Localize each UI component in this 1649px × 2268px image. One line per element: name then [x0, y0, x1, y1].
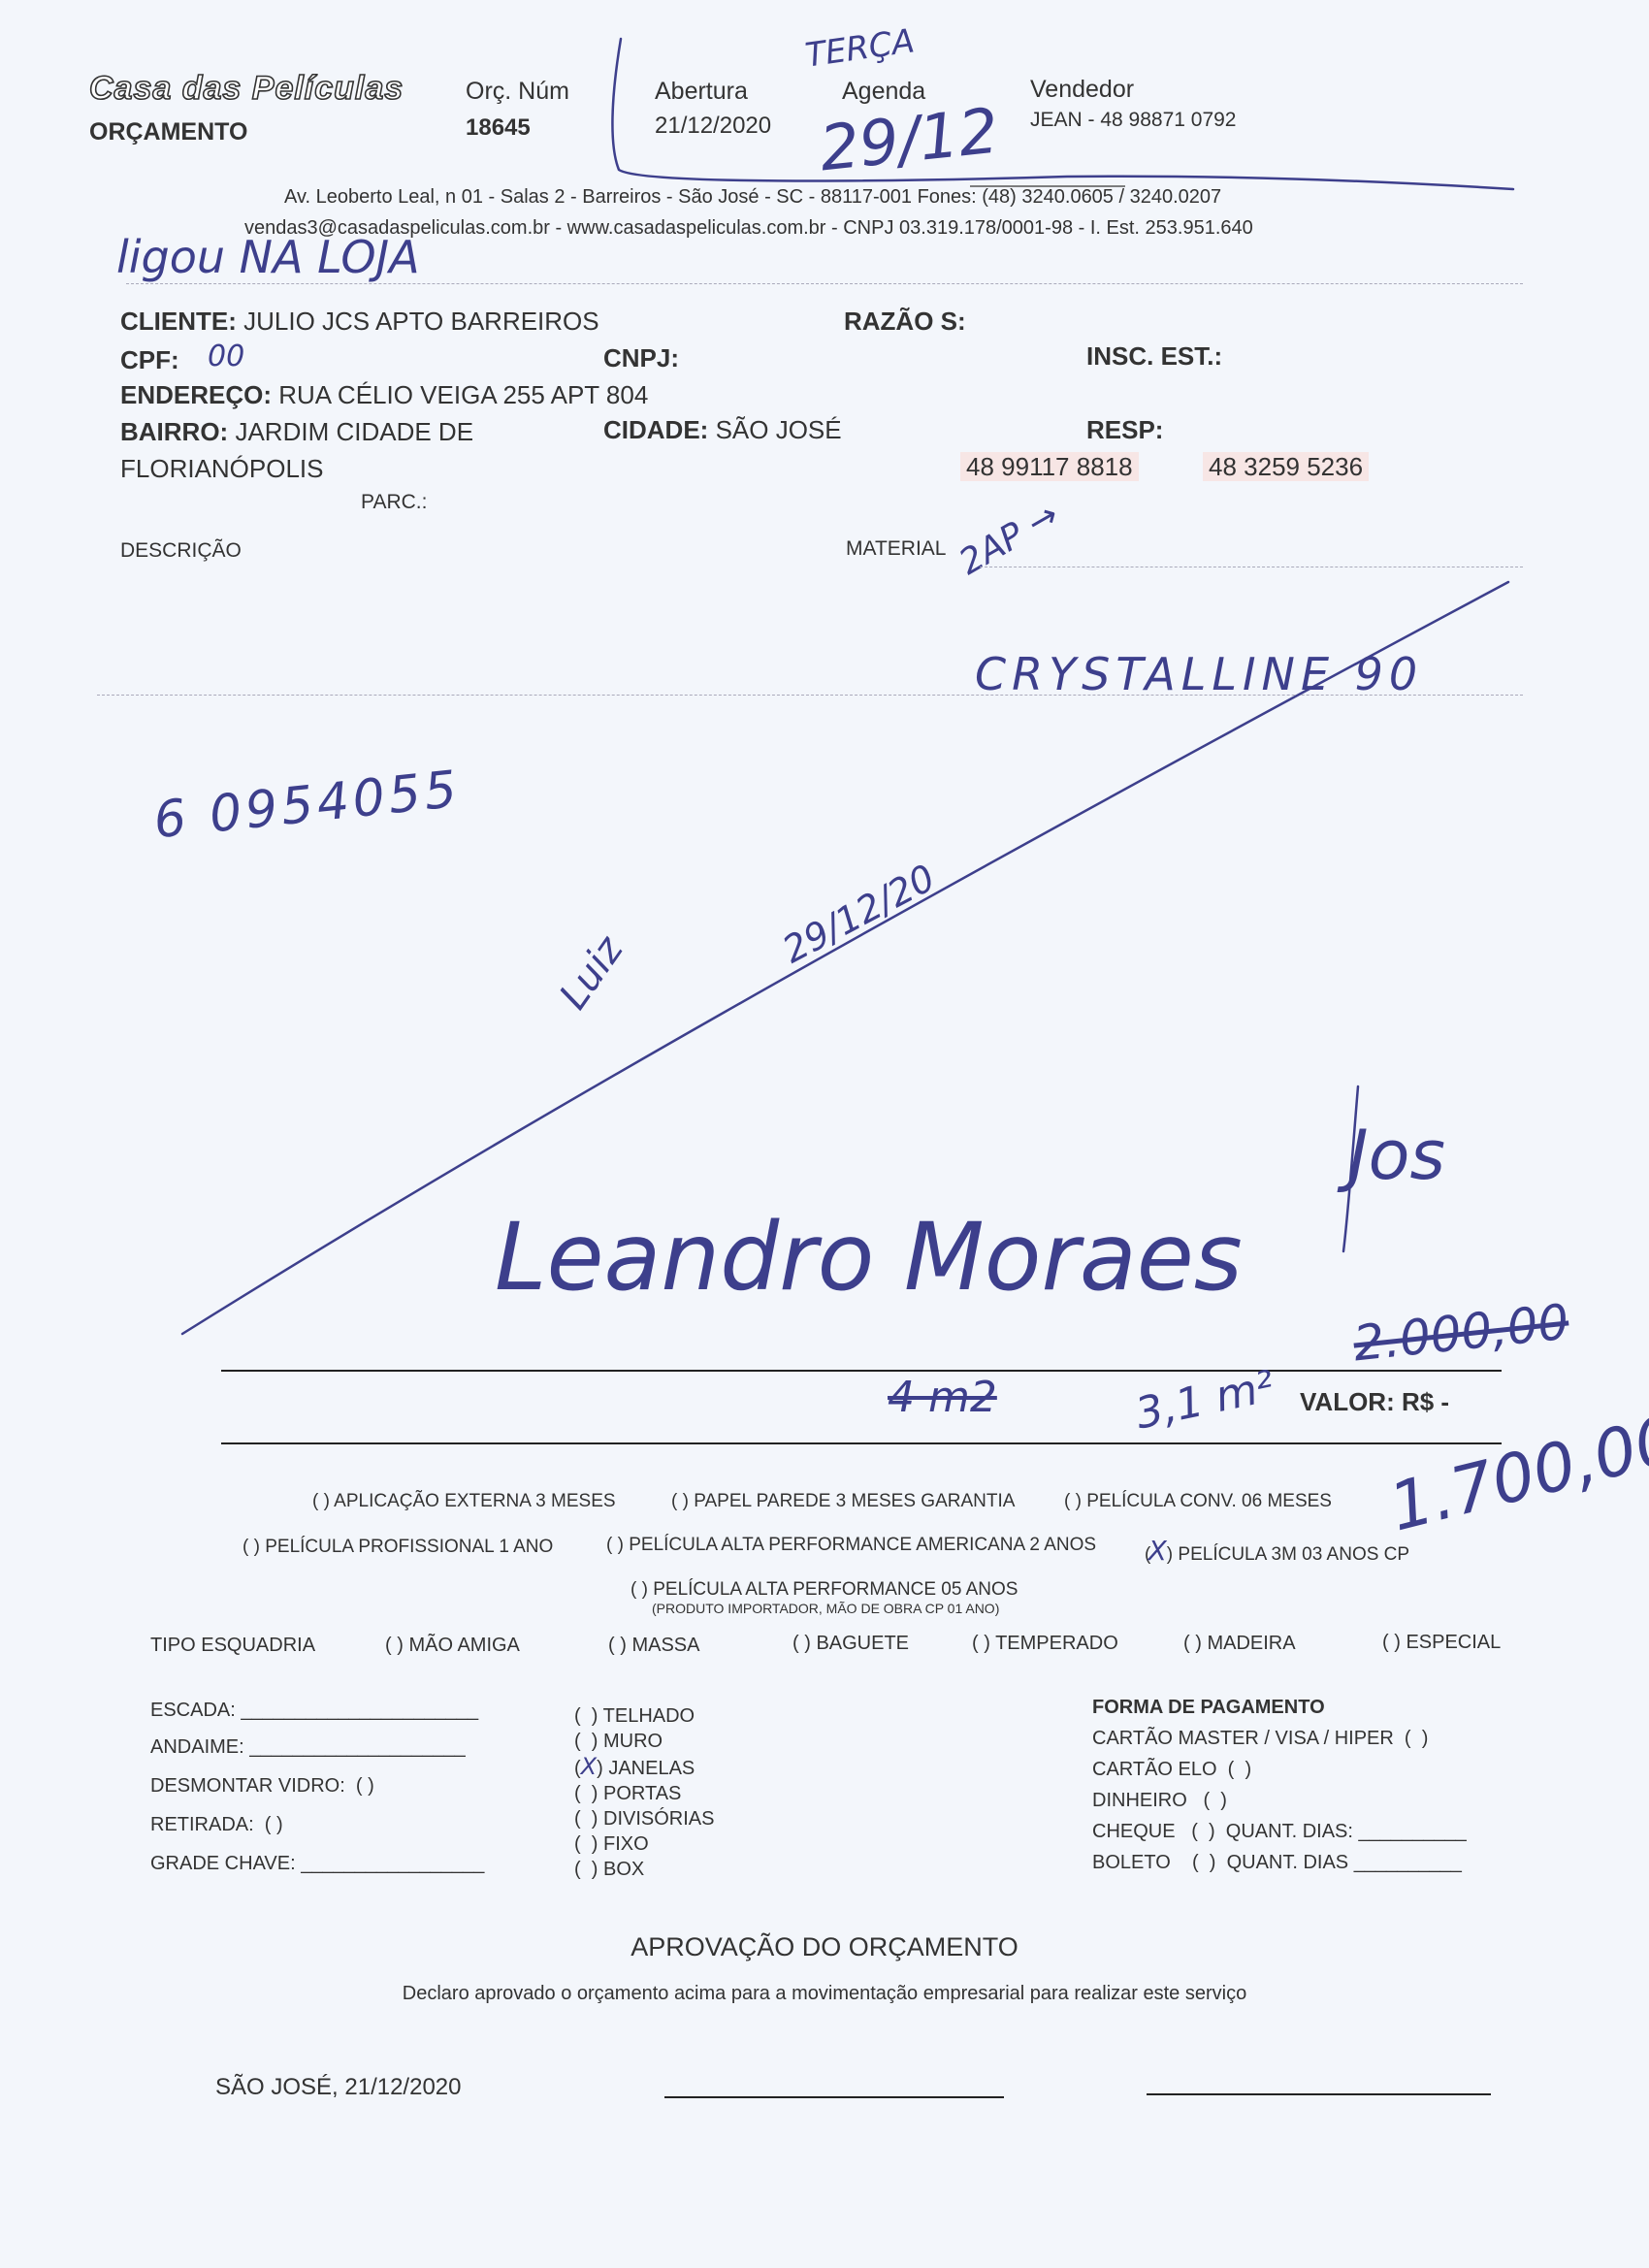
location-option[interactable]: ( ) MURO [574, 1729, 714, 1754]
doc-type: ORÇAMENTO [89, 118, 247, 146]
abertura-label: Abertura [655, 78, 748, 106]
phone-1: 48 99117 8818 [960, 452, 1139, 481]
warranty-option[interactable]: ( ) APLICAÇÃO EXTERNA 3 MESES [312, 1491, 616, 1512]
esquadria-option[interactable]: ( ) MÃO AMIGA [385, 1635, 520, 1657]
signature-line-company[interactable] [664, 2096, 1004, 2098]
area-handwritten: 3,1 m² [1131, 1362, 1278, 1440]
agenda-day-handwritten: TERÇA [803, 21, 917, 75]
agenda-date-handwritten: 29/12 [817, 96, 1002, 186]
valor-crossed: 2.000,00 [1351, 1294, 1571, 1373]
address-line: Av. Leoberto Leal, n 01 - Salas 2 - Barr… [284, 186, 1221, 209]
warranty-option[interactable]: ( ) PELÍCULA PROFISSIONAL 1 ANO [242, 1537, 553, 1558]
descricao-label: DESCRIÇÃO [120, 539, 242, 563]
valor-line-top [221, 1370, 1502, 1372]
vendedor: JEAN - 48 98871 0792 [1030, 109, 1236, 132]
signature2-handwritten: Jos [1348, 1116, 1445, 1195]
warranty-note: (PRODUTO IMPORTADOR, MÃO DE OBRA CP 01 A… [652, 1601, 999, 1616]
agenda-label: Agenda [842, 78, 925, 106]
endereco-row: ENDEREÇO: RUA CÉLIO VEIGA 255 APT 804 [120, 380, 648, 410]
date-handwritten: 29/12/20 [776, 857, 942, 972]
esquadria-option[interactable]: ( ) BAGUETE [792, 1633, 909, 1655]
cidade-row: CIDADE: SÃO JOSÉ [603, 415, 842, 445]
warranty-option-checked[interactable]: ( X) PELÍCULA 3M 03 ANOS CP [1145, 1535, 1409, 1567]
cliente-row: CLIENTE: JULIO JCS APTO BARREIROS [120, 307, 599, 337]
approval-title: APROVAÇÃO DO ORÇAMENTO [0, 1932, 1649, 1962]
divider [126, 283, 1523, 284]
cpf-label: CPF: [120, 345, 179, 374]
payment-section: FORMA DE PAGAMENTO CARTÃO MASTER / VISA … [1092, 1692, 1467, 1878]
divider [97, 695, 1523, 696]
cliente-value: JULIO JCS APTO BARREIROS [243, 307, 599, 336]
code-handwritten: 6 0954055 [151, 761, 464, 851]
material-handwritten: 2AP → [953, 495, 1066, 583]
resp-label: RESP: [1086, 415, 1163, 444]
cpf-handwritten: 00 [208, 340, 244, 373]
valor-line-bottom [221, 1442, 1502, 1444]
approval-statement: Declaro aprovado o orçamento acima para … [0, 1983, 1649, 2005]
bairro-row: BAIRRO: JARDIM CIDADE DE [120, 417, 473, 447]
esquadria-option[interactable]: ( ) TEMPERADO [972, 1633, 1118, 1655]
esquadria-label: TIPO ESQUADRIA [150, 1635, 315, 1657]
note-handwritten: ligou NA LOJA [116, 231, 420, 283]
orc-num: 18645 [466, 114, 531, 142]
payment-title: FORMA DE PAGAMENTO [1092, 1692, 1467, 1723]
area-crossed: 4 m2 [888, 1373, 997, 1422]
vendedor-label: Vendedor [1030, 76, 1134, 104]
andaime-field[interactable]: ANDAIME: ____________________ [150, 1736, 466, 1759]
location-option[interactable]: ( ) FIXO [574, 1831, 714, 1857]
location-option-checked[interactable]: (X) JANELAS [574, 1754, 714, 1781]
product-handwritten: CRYSTALLINE 90 [975, 648, 1423, 700]
signature-line-client[interactable] [1147, 2093, 1491, 2095]
warranty-option[interactable]: ( ) PELÍCULA CONV. 06 MESES [1064, 1491, 1332, 1512]
bairro-value: JARDIM CIDADE DE [235, 417, 473, 446]
location-option[interactable]: ( ) TELHADO [574, 1703, 714, 1729]
insc-label: INSC. EST.: [1086, 341, 1222, 371]
initials-handwritten: Luiz [551, 928, 631, 1018]
valor-handwritten: 1.700,00 [1382, 1402, 1649, 1547]
payment-dinheiro[interactable]: DINHEIRO ( ) [1092, 1785, 1467, 1816]
location-option[interactable]: ( ) DIVISÓRIAS [574, 1806, 714, 1831]
cnpj-label: CNPJ: [603, 343, 679, 373]
retirada-checkbox[interactable]: RETIRADA: ( ) [150, 1814, 283, 1836]
payment-elo[interactable]: CARTÃO ELO ( ) [1092, 1754, 1467, 1785]
esquadria-option[interactable]: ( ) MADEIRA [1183, 1633, 1296, 1655]
payment-boleto[interactable]: BOLETO ( ) QUANT. DIAS __________ [1092, 1847, 1467, 1878]
location-option[interactable]: ( ) PORTAS [574, 1781, 714, 1806]
location-option[interactable]: ( ) BOX [574, 1857, 714, 1882]
warranty-option[interactable]: ( ) PELÍCULA ALTA PERFORMANCE 05 ANOS [630, 1579, 1018, 1601]
esquadria-option[interactable]: ( ) MASSA [608, 1635, 699, 1657]
brand-logo: Casa das Películas [89, 70, 404, 108]
abertura-date: 21/12/2020 [655, 113, 771, 140]
endereco-value: RUA CÉLIO VEIGA 255 APT 804 [278, 380, 648, 409]
warranty-option[interactable]: ( ) PELÍCULA ALTA PERFORMANCE AMERICANA … [606, 1535, 1096, 1556]
desmontar-checkbox[interactable]: DESMONTAR VIDRO: ( ) [150, 1775, 374, 1798]
payment-master[interactable]: CARTÃO MASTER / VISA / HIPER ( ) [1092, 1723, 1467, 1754]
grade-field[interactable]: GRADE CHAVE: _________________ [150, 1853, 484, 1875]
signature-handwritten: Leandro Moraes [495, 1203, 1243, 1312]
parc-label: PARC.: [361, 491, 427, 514]
place-date: SÃO JOSÉ, 21/12/2020 [215, 2074, 462, 2101]
escada-field[interactable]: ESCADA: ______________________ [150, 1700, 478, 1722]
esquadria-option[interactable]: ( ) ESPECIAL [1382, 1632, 1501, 1654]
payment-cheque[interactable]: CHEQUE ( ) QUANT. DIAS: __________ [1092, 1816, 1467, 1847]
orc-num-label: Orç. Núm [466, 78, 569, 106]
valor-label: VALOR: R$ - [1300, 1387, 1449, 1417]
cidade-value: SÃO JOSÉ [716, 415, 842, 444]
phone-2: 48 3259 5236 [1203, 452, 1369, 481]
bairro-cont: FLORIANÓPOLIS [120, 454, 324, 484]
warranty-option[interactable]: ( ) PAPEL PAREDE 3 MESES GARANTIA [671, 1491, 1015, 1512]
material-label: MATERIAL [846, 537, 946, 561]
razao-label: RAZÃO S: [844, 307, 966, 336]
location-list: ( ) TELHADO ( ) MURO (X) JANELAS ( ) POR… [574, 1703, 714, 1882]
divider [980, 567, 1523, 567]
